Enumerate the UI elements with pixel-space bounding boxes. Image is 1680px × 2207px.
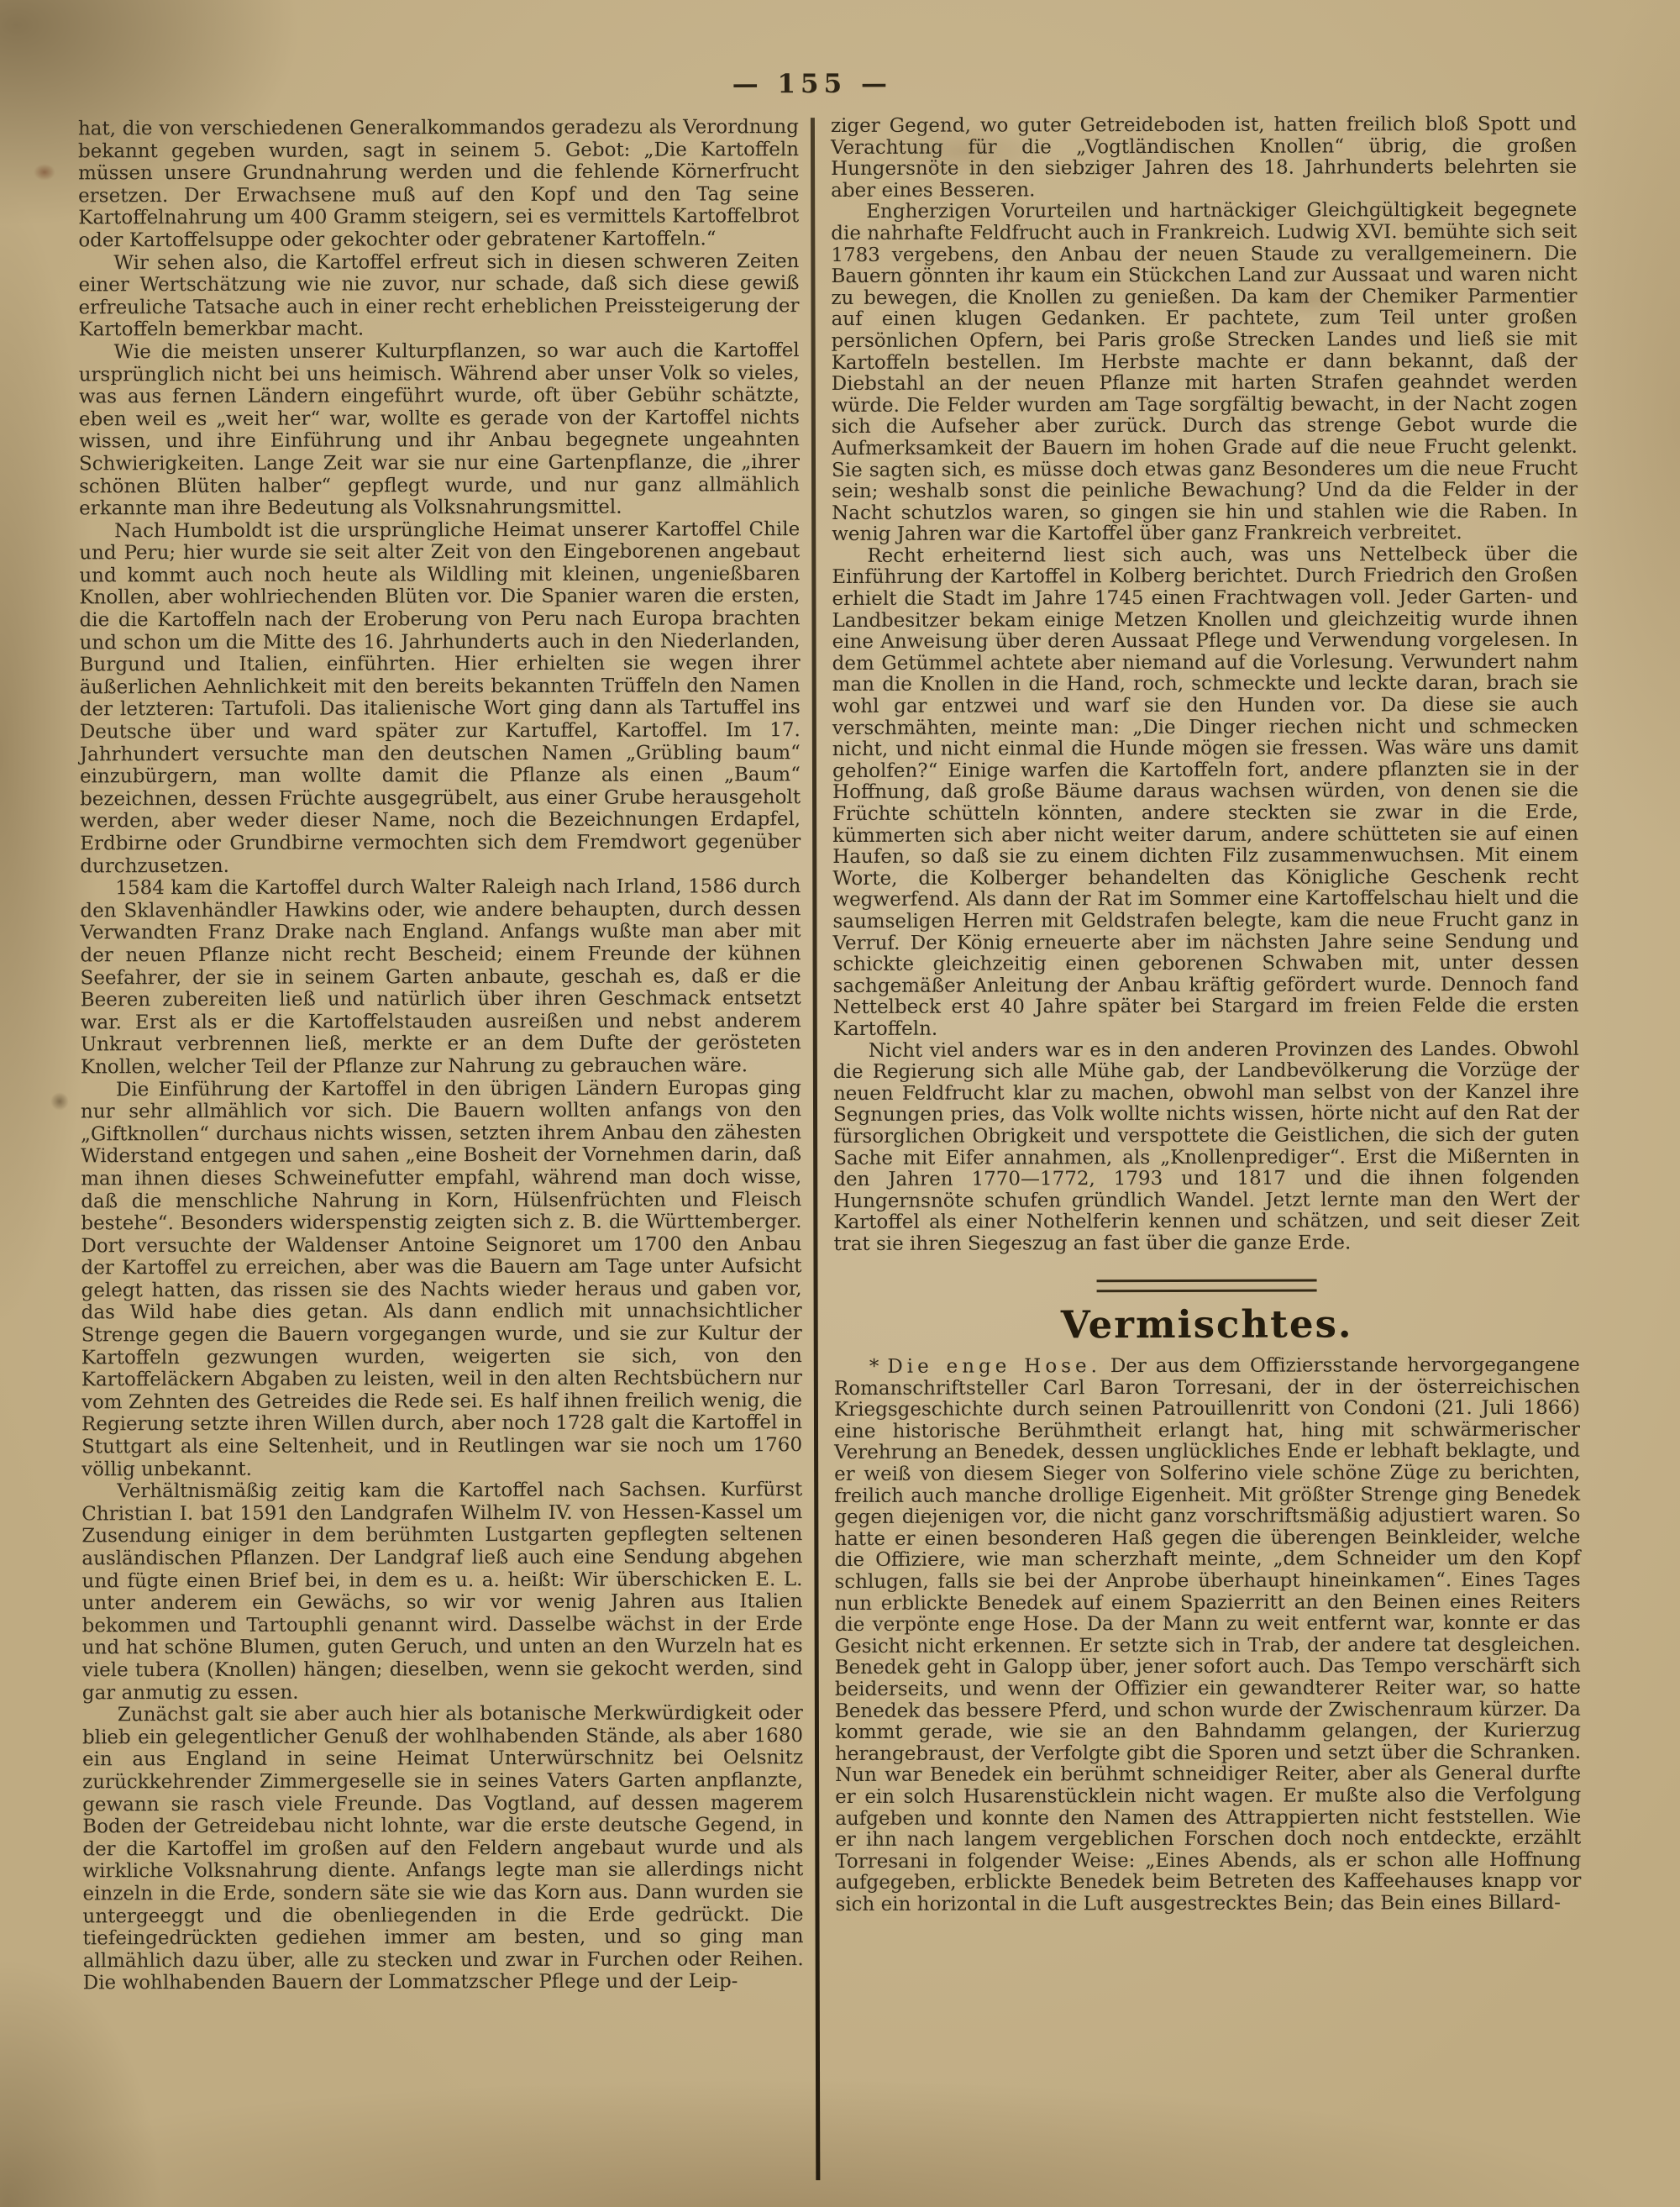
paragraph: Zunächst galt sie aber auch hier als bot… [82,1702,804,1994]
section-items: *Die enge Hose. Der aus dem Offizierssta… [834,1355,1582,1916]
paragraph: Engherzigen Vorurteilen und hartnäckiger… [831,200,1578,546]
paragraph: Nach Humboldt ist die ursprüngliche Heim… [79,518,801,878]
paragraph: Verhältnismäßig zeitig kam die Kartoffel… [81,1479,803,1704]
paragraph: *Die enge Hose. Der aus dem Offizierssta… [834,1355,1582,1916]
right-column-paragraphs: ziger Gegend, wo guter Getreideboden ist… [831,114,1580,1256]
article-right-column: ziger Gegend, wo guter Getreideboden ist… [831,114,1582,1916]
paragraph: Wir sehen also, die Kartoffel erfreut si… [78,250,799,342]
item-lead-title: Die enge Hose. [887,1355,1101,1378]
section-divider-rule [1097,1280,1317,1293]
paragraph: 1584 kam die Kartoffel durch Walter Rale… [80,875,801,1079]
newspaper-page: — 155 — hat, die von verschiedenen Gener… [0,0,1680,2207]
paragraph: ziger Gegend, wo guter Getreideboden ist… [831,114,1577,202]
section-heading: Vermischtes. [834,1313,1580,1337]
paragraph: Die Einführung der Kartoffel in den übri… [81,1077,802,1481]
page-number: — 155 — [0,67,1627,102]
page-content: — 155 — hat, die von verschiedenen Gener… [0,0,1680,2207]
paragraph: Recht erheiternd liest sich auch, was un… [832,544,1579,1041]
paragraph: Wie die meisten unserer Kulturpflanzen, … [79,339,801,520]
item-star-marker: * [869,1356,888,1378]
article-left-column: hat, die von verschiedenen Generalkomman… [78,116,804,1994]
column-divider-rule [811,118,820,2180]
paragraph: hat, die von verschiedenen Generalkomman… [78,116,799,252]
paragraph: Nicht viel anders war es in den anderen … [833,1038,1580,1255]
